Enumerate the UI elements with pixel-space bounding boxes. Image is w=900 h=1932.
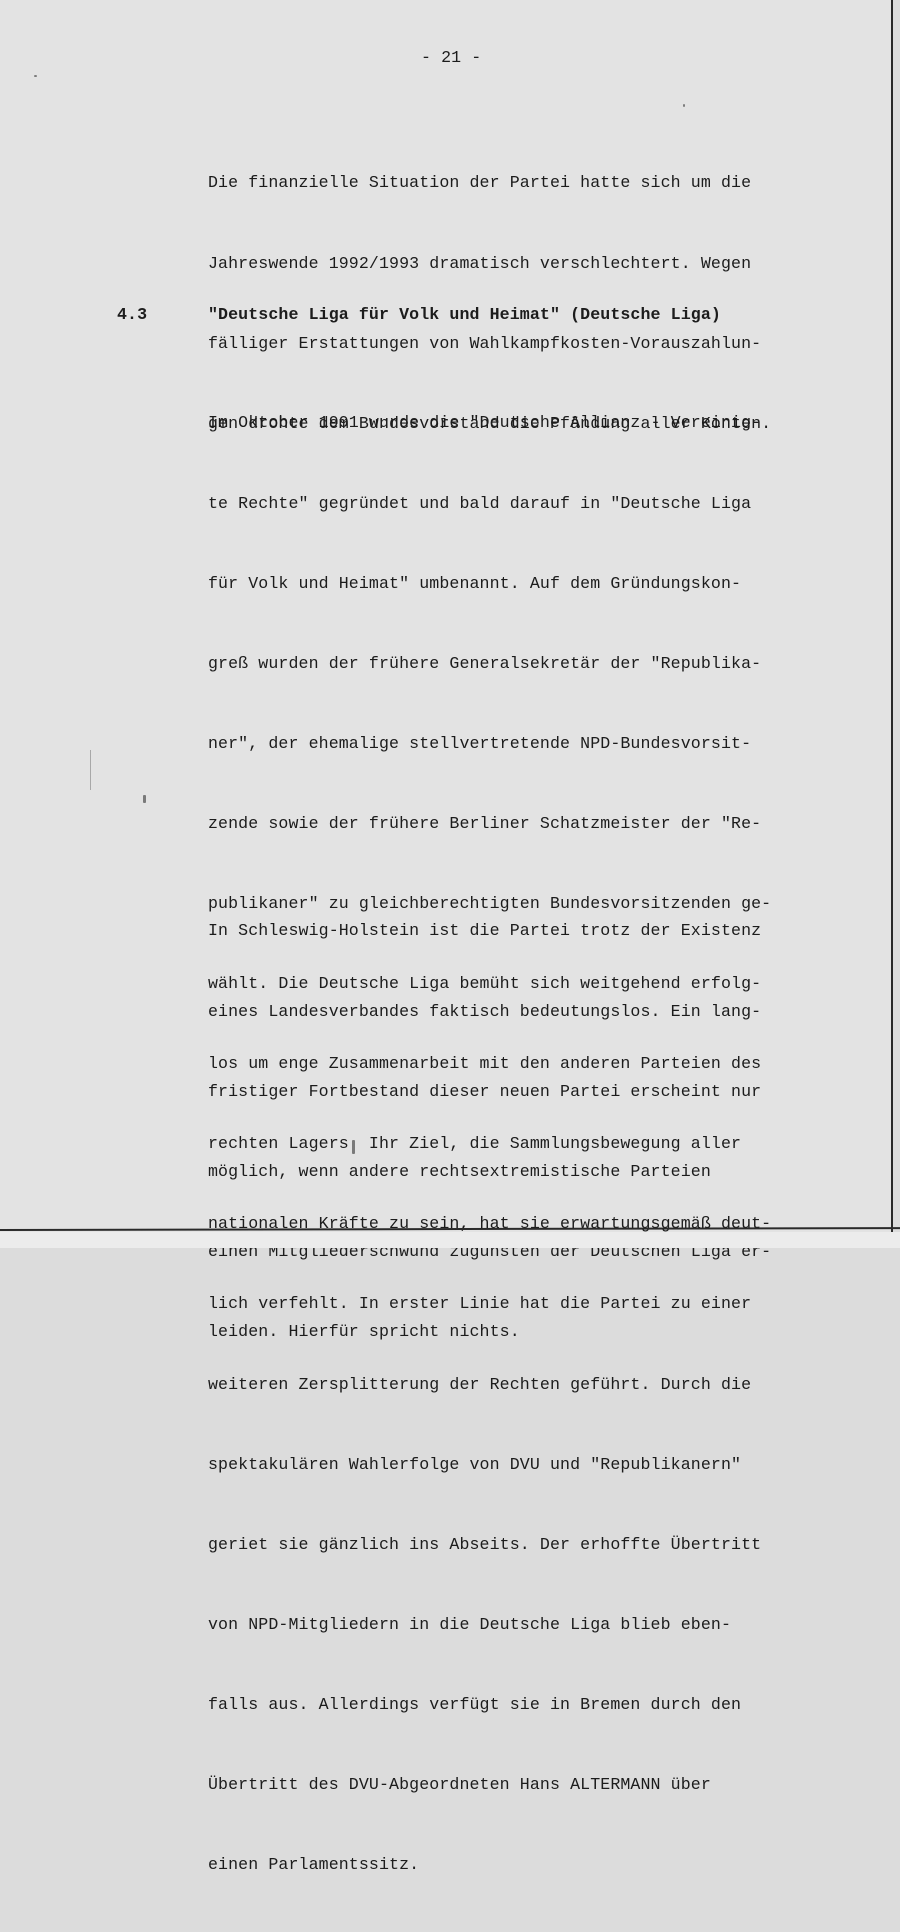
- text-line: Jahreswende 1992/1993 dramatisch verschl…: [208, 251, 771, 278]
- text-line: ner", der ehemalige stellvertretende NPD…: [208, 731, 771, 758]
- text-line: te Rechte" gegründet und bald darauf in …: [208, 491, 771, 518]
- section-number: 4.3: [117, 305, 147, 324]
- scanned-page: - 21 - Die finanzielle Situation der Par…: [0, 0, 893, 1232]
- scan-speck: [90, 750, 91, 790]
- paragraph-schleswig-holstein: In Schleswig-Holstein ist die Partei tro…: [208, 865, 771, 1248]
- scan-speck: [143, 795, 146, 803]
- text-line: fristiger Fortbestand dieser neuen Parte…: [208, 1079, 771, 1106]
- text-line: für Volk und Heimat" umbenannt. Auf dem …: [208, 571, 771, 598]
- text-line: greß wurden der frühere Generalsekretär …: [208, 651, 771, 678]
- text-line: Im Oktober 1991 wurde die "Deutsche Alli…: [208, 410, 771, 437]
- scan-speck: [34, 75, 37, 77]
- text-line: möglich, wenn andere rechtsextremistisch…: [208, 1159, 771, 1186]
- page-number: - 21 -: [421, 48, 481, 67]
- section-title: "Deutsche Liga für Volk und Heimat" (Deu…: [208, 305, 721, 324]
- scan-background: [0, 1232, 900, 1248]
- text-line: In Schleswig-Holstein ist die Partei tro…: [208, 918, 771, 945]
- scan-speck: [683, 104, 685, 107]
- scan-speck: [352, 1140, 355, 1154]
- text-line: Die finanzielle Situation der Partei hat…: [208, 170, 771, 197]
- text-line: fälliger Erstattungen von Wahlkampfkoste…: [208, 331, 771, 358]
- text-line: eines Landesverbandes faktisch bedeutung…: [208, 999, 771, 1026]
- text-line: zende sowie der frühere Berliner Schatzm…: [208, 811, 771, 838]
